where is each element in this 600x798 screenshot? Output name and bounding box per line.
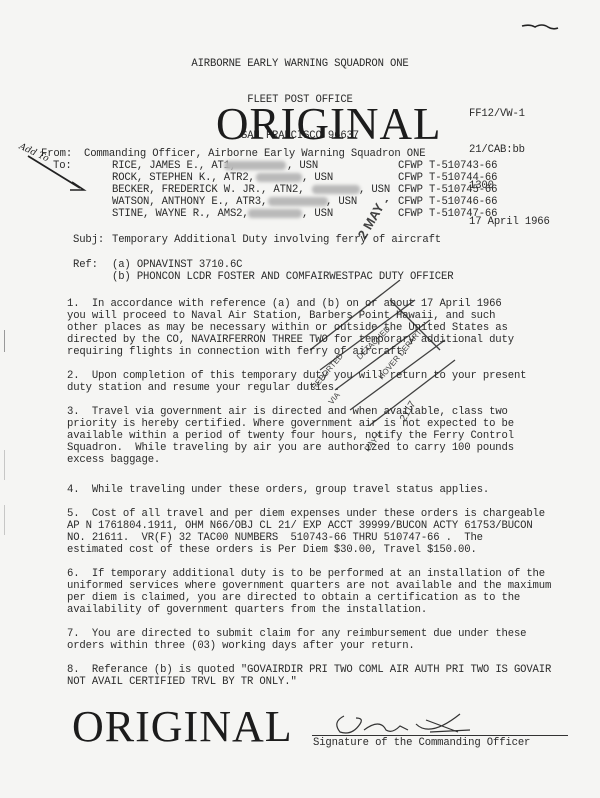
paragraph-line: NO. 21611. VR(F) 32 TAC00 NUMBERS 510743… bbox=[67, 532, 483, 544]
paragraph-number: 7. bbox=[67, 628, 79, 640]
paragraph-number: 5. bbox=[67, 508, 79, 520]
recipient-order-number: CFWP T-510746-66 bbox=[398, 196, 497, 208]
original-stamp-top: ORIGINAL bbox=[216, 101, 441, 147]
paragraph-line: Squadron. While traveling by air you are… bbox=[67, 442, 514, 454]
ref-code: FF12/VW-1 bbox=[469, 108, 550, 120]
paragraph-number: 6. bbox=[67, 568, 79, 580]
signature-line bbox=[312, 735, 568, 736]
paragraph-first-line: 1. In accordance with reference (a) and … bbox=[67, 298, 502, 310]
paragraph-number: 4. bbox=[67, 484, 79, 496]
document-page: AIRBORNE EARLY WARNING SQUADRON ONE FLEE… bbox=[0, 0, 600, 798]
redacted-service-number bbox=[248, 209, 302, 218]
paragraph-line: other places as may be necessary within … bbox=[67, 322, 508, 334]
signature-caption: Signature of the Commanding Officer bbox=[313, 737, 530, 749]
paragraph-line: uniformed services where government quar… bbox=[67, 580, 551, 592]
ref-file: 21/CAB:bb bbox=[469, 144, 550, 156]
paragraph-text: Upon completion of this temporary duty y… bbox=[92, 370, 527, 382]
paragraph-line: availability of government quarters from… bbox=[67, 604, 427, 616]
paragraph-line: excess baggage. bbox=[67, 454, 160, 466]
paragraph-line: requiring flights in connection with fer… bbox=[67, 346, 408, 358]
scan-edge-mark bbox=[4, 505, 5, 535]
paragraph-first-line: 8. Referance (b) is quoted "GOVAIRDIR PR… bbox=[67, 664, 551, 676]
paragraph-first-line: 3. Travel via government air is directed… bbox=[67, 406, 508, 418]
subject-label: Subj: bbox=[73, 234, 104, 246]
paragraph-text: Referance (b) is quoted "GOVAIRDIR PRI T… bbox=[92, 664, 551, 676]
paragraph-line: you will proceed to Naval Air Station, B… bbox=[67, 310, 495, 322]
recipient-service: , USN bbox=[287, 160, 318, 172]
scan-edge-mark bbox=[4, 330, 5, 352]
redacted-service-number bbox=[268, 197, 328, 206]
recipient-order-number: CFWP T-510747-66 bbox=[398, 208, 497, 220]
reference-b: (b) PHONCON LCDR FOSTER AND COMFAIRWESTP… bbox=[112, 271, 453, 283]
recipient-order-number: CFWP T-510745-66 bbox=[398, 184, 497, 196]
recipient-name: RICE, JAMES E., AT1, bbox=[112, 160, 236, 172]
scan-edge-mark bbox=[4, 450, 5, 480]
paragraph-line: duty station and resume your regular dut… bbox=[67, 382, 340, 394]
recipient-name: BECKER, FREDERICK W. JR., ATN2, bbox=[112, 184, 304, 196]
paragraph-line: priority is hereby certified. Where gove… bbox=[67, 418, 514, 430]
paragraph-text: In accordance with reference (a) and (b)… bbox=[92, 298, 502, 310]
recipient-service: , USN bbox=[326, 196, 357, 208]
paragraph-text: Cost of all travel and per diem expenses… bbox=[92, 508, 545, 520]
paragraph-first-line: 7. You are directed to submit claim for … bbox=[67, 628, 526, 640]
paragraph-first-line: 4. While traveling under these orders, g… bbox=[67, 484, 489, 496]
paragraph-line: estimated cost of these orders is Per Di… bbox=[67, 544, 477, 556]
original-stamp-bottom: ORIGINAL bbox=[72, 704, 293, 750]
reference-a: (a) OPNAVINST 3710.6C bbox=[112, 259, 242, 271]
paragraph-number: 2. bbox=[67, 370, 79, 382]
paragraph-text: While traveling under these orders, grou… bbox=[92, 484, 489, 496]
recipient-name: ROCK, STEPHEN K., ATR2, bbox=[112, 172, 255, 184]
paragraph-first-line: 2. Upon completion of this temporary dut… bbox=[67, 370, 526, 382]
paragraph-line: NOT AVAIL CERTIFIED TRVL BY TR ONLY." bbox=[67, 676, 297, 688]
redacted-service-number bbox=[256, 173, 302, 182]
paragraph-text: Travel via government air is directed an… bbox=[92, 406, 508, 418]
paragraph-number: 1. bbox=[67, 298, 79, 310]
paragraph-line: per diem is claimed, you are directed to… bbox=[67, 592, 520, 604]
paragraph-number: 8. bbox=[67, 664, 79, 676]
paragraph-line: AP N 1761804.1911, OHM N66/OBJ CL 21/ EX… bbox=[67, 520, 533, 532]
paragraph-line: available within a period of twenty four… bbox=[67, 430, 514, 442]
to-label: To: bbox=[53, 160, 72, 172]
paragraph-text: If temporary additional duty is to be pe… bbox=[92, 568, 545, 580]
paragraph-first-line: 6. If temporary additional duty is to be… bbox=[67, 568, 545, 580]
subject-value: Temporary Additional Duty involving ferr… bbox=[112, 234, 441, 246]
recipient-service: , USN bbox=[302, 172, 333, 184]
from-value: Commanding Officer, Airborne Early Warni… bbox=[84, 148, 425, 160]
paragraph-line: directed by the CO, NAVAIRFERRON THREE T… bbox=[67, 334, 514, 346]
letterhead-unit: AIRBORNE EARLY WARNING SQUADRON ONE bbox=[0, 58, 600, 70]
paragraph-first-line: 5. Cost of all travel and per diem expen… bbox=[67, 508, 545, 520]
recipient-order-number: CFWP T-510744-66 bbox=[398, 172, 497, 184]
handwritten-arrow bbox=[20, 150, 100, 195]
recipient-service: , USN bbox=[302, 208, 333, 220]
recipient-name: STINE, WAYNE R., AMS2, bbox=[112, 208, 249, 220]
paragraph-number: 3. bbox=[67, 406, 79, 418]
paragraph-text: You are directed to submit claim for any… bbox=[92, 628, 527, 640]
references-label: Ref: bbox=[73, 259, 98, 271]
redacted-service-number bbox=[312, 185, 360, 194]
recipient-service: , USN bbox=[359, 184, 390, 196]
redacted-service-number bbox=[224, 161, 286, 170]
paragraph-line: orders within three (03) working days af… bbox=[67, 640, 415, 652]
recipient-name: WATSON, ANTHONY E., ATR3, bbox=[112, 196, 267, 208]
recipient-order-number: CFWP T-510743-66 bbox=[398, 160, 497, 172]
